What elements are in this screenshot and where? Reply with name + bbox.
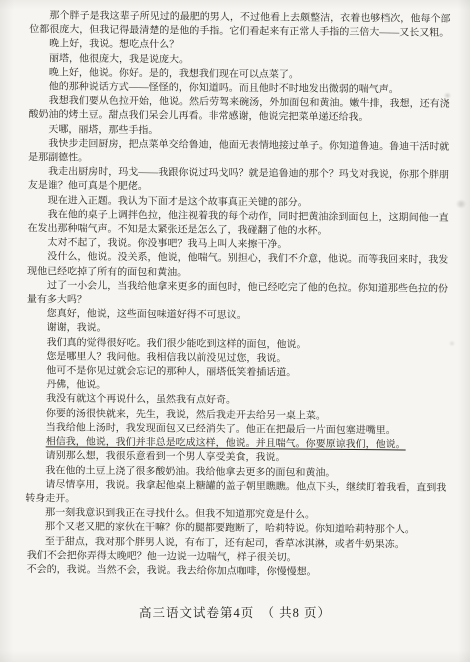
paragraph: 我走出厨房时，玛戈——我跟你说过玛戈吗？就是追鲁迪的那个？玛戈对我说，你那个胖朋… <box>28 165 449 197</box>
footer-text: 高三语文试卷第4页 （ 共8 页） <box>139 606 331 620</box>
paragraph: 那个胖子是我这辈子所见过的最肥的男人，不过他看上去颇整洁，衣着也够档次，他每个部… <box>29 9 450 41</box>
page-footer: 高三语文试卷第4页 （ 共8 页） <box>0 603 470 621</box>
exam-page: 那个胖子是我这辈子所见过的最肥的男人，不过他看上去颇整洁，衣着也够档次，他每个部… <box>0 0 470 662</box>
paragraph: 没什么，他说。没关系，他说，他喘气。别担心，我们不介意，他说。而等我回来时，我发… <box>27 251 448 283</box>
paragraph: 请尽情享用，我说。我拿起他桌上糖罐的盖子朝里瞧瞧。他点下头，继续盯着我看，直到我… <box>25 478 446 510</box>
paragraph: 我想我们要从色拉开始，他说。然后劳驾来碗汤，外加面包和黄油。嫩牛排，我想，还有浇… <box>28 94 449 126</box>
paragraph: 不会的，我说。当然不会，我说。我去给你加点咖啡，你慢慢想。 <box>25 563 446 581</box>
paragraph: 我在他的桌子上调拌色拉，他注视着我的每个动作，同时把黄油涂到面包上，这期间他一直… <box>28 208 449 240</box>
scan-smudge <box>449 341 455 346</box>
scan-smudge <box>456 200 466 208</box>
passage-text: 那个胖子是我这辈子所见过的最肥的男人，不过他看上去颇整洁，衣着也够档次，他每个部… <box>25 9 451 581</box>
paragraph: 我快步走回厨房，把点菜单交给鲁迪，他面无表情地接过单子。你知道鲁迪。鲁迪干活时就… <box>28 137 449 169</box>
paragraph: 过了一小会儿，当我给他拿来更多的面包时，他已经吃完了他的色拉。你知道那些色拉的份… <box>27 279 448 311</box>
